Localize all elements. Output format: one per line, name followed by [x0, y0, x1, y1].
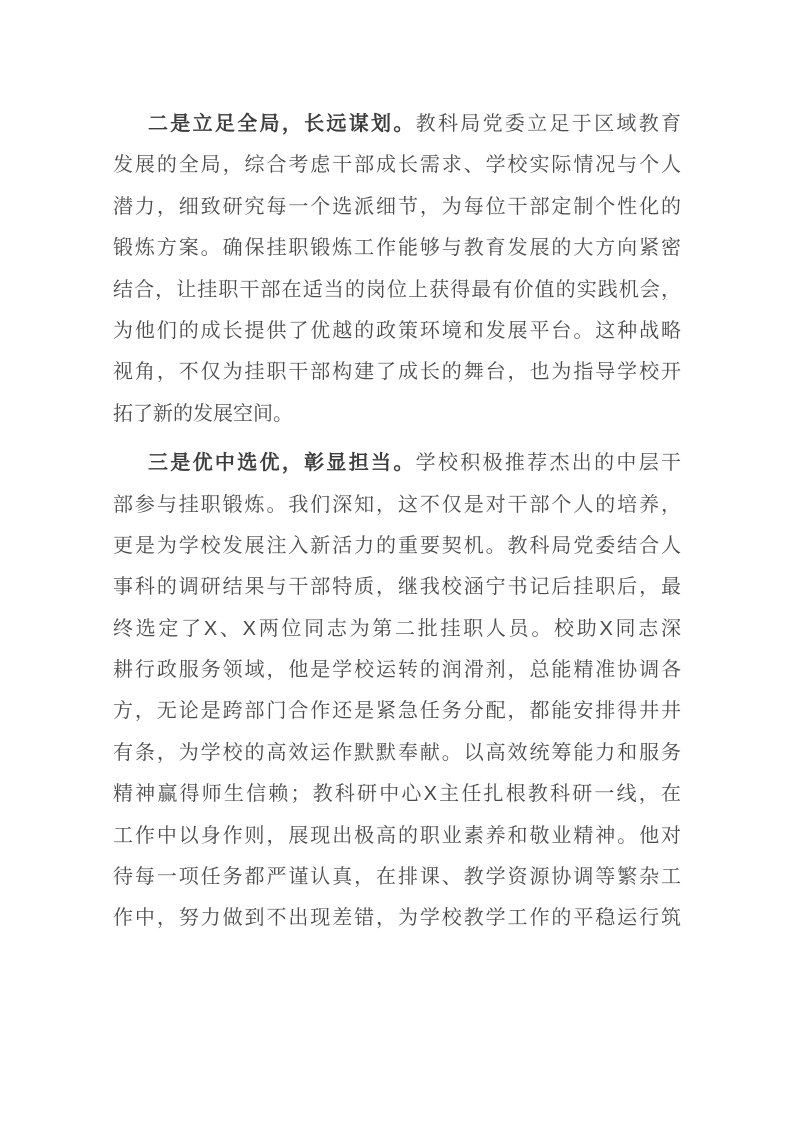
text-line: 终选定了X、X两位同志为第二批挂职人员。校助X同志深	[113, 609, 681, 650]
paragraph-two: 二是立足全局，长远谋划。教科局党委立足于区域教育 发展的全局，综合考虑干部成长需…	[113, 104, 681, 435]
text-line: 待每一项任务都严谨认真，在排课、教学资源协调等繁杂工	[113, 857, 681, 898]
text-line: 更是为学校发展注入新活力的重要契机。教科局党委结合人	[113, 526, 681, 567]
text-line: 三是优中选优，彰显担当。学校积极推荐杰出的中层干	[113, 443, 681, 484]
text-line: 耕行政服务领域，他是学校运转的润滑剂，总能精准协调各	[113, 650, 681, 691]
text-line: 结合，让挂职干部在适当的岗位上获得最有价值的实践机会，	[113, 270, 681, 311]
text-line: 精神赢得师生信赖；教科研中心X主任扎根教科研一线，在	[113, 774, 681, 815]
text-line: 部参与挂职锻炼。我们深知，这不仅是对干部个人的培养，	[113, 485, 681, 526]
text-line: 发展的全局，综合考虑干部成长需求、学校实际情况与个人	[113, 145, 681, 186]
text-line: 潜力，细致研究每一个选派细节，为每位干部定制个性化的	[113, 187, 681, 228]
text-line: 为他们的成长提供了优越的政策环境和发展平台。这种战略	[113, 311, 681, 352]
paragraph-text: 学校积极推荐杰出的中层干	[416, 452, 681, 474]
text-line: 拓了新的发展空间。	[113, 394, 681, 435]
paragraph-three: 三是优中选优，彰显担当。学校积极推荐杰出的中层干 部参与挂职锻炼。我们深知，这不…	[113, 443, 681, 940]
document-page: 二是立足全局，长远谋划。教科局党委立足于区域教育 发展的全局，综合考虑干部成长需…	[113, 104, 681, 940]
text-line: 工作中以身作则，展现出极高的职业素养和敬业精神。他对	[113, 816, 681, 857]
text-line: 事科的调研结果与干部特质，继我校涵宁书记后挂职后，最	[113, 567, 681, 608]
text-line: 二是立足全局，长远谋划。教科局党委立足于区域教育	[113, 104, 681, 145]
paragraph-text: 教科局党委立足于区域教育	[416, 113, 681, 135]
text-line: 作中，努力做到不出现差错，为学校教学工作的平稳运行筑	[113, 898, 681, 939]
text-line: 方，无论是跨部门合作还是紧急任务分配，都能安排得井井	[113, 691, 681, 732]
text-line: 锻炼方案。确保挂职锻炼工作能够与教育发展的大方向紧密	[113, 228, 681, 269]
text-line: 有条，为学校的高效运作默默奉献。以高效统筹能力和服务	[113, 733, 681, 774]
text-line: 视角，不仅为挂职干部构建了成长的舞台，也为指导学校开	[113, 352, 681, 393]
paragraph-lead-bold: 二是立足全局，长远谋划。	[148, 113, 416, 135]
paragraph-lead-bold: 三是优中选优，彰显担当。	[148, 452, 416, 474]
